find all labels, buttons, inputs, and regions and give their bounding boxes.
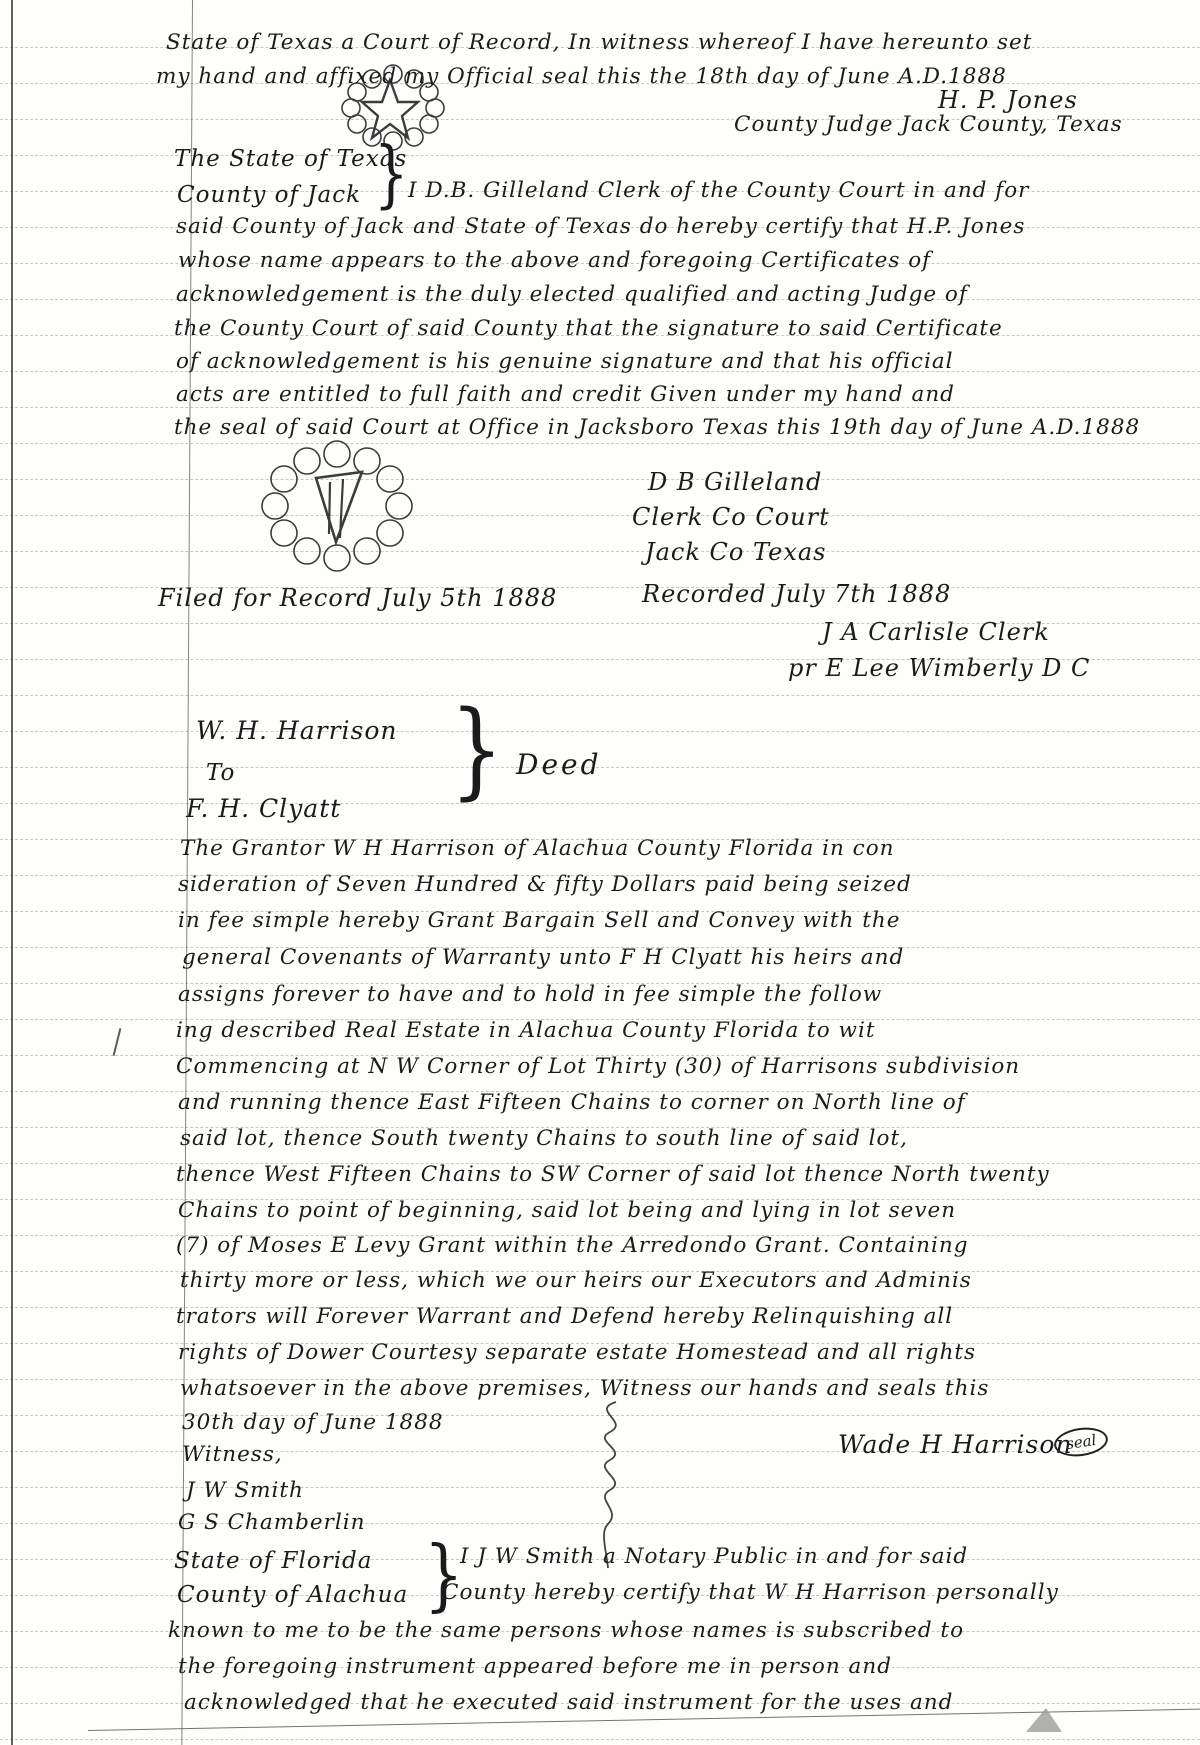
page: State of Texas a Court of Record, In wit… (0, 0, 1200, 1745)
deed-body-line: rights of Dower Courtesy separate estate… (178, 1340, 976, 1366)
clerk-cert-line: the County Court of said County that the… (174, 316, 1003, 342)
ruled-line (0, 731, 1200, 732)
clerk-cert-county-heading: County of Jack (177, 182, 361, 210)
fold-mark (1026, 1708, 1062, 1732)
clerk-cert-line: the seal of said Court at Office in Jack… (174, 415, 1140, 441)
grantor-signature: Wade H Harrison (838, 1430, 1073, 1460)
judge-signature-title: County Judge Jack County, Texas (734, 112, 1123, 138)
florida-cert-line: acknowledged that he executed said instr… (184, 1690, 953, 1716)
witness-signature-1: J W Smith (186, 1478, 304, 1504)
deed-body-line: The Grantor W H Harrison of Alachua Coun… (180, 836, 894, 862)
witness-label: Witness, (182, 1442, 283, 1468)
deed-body-line: Chains to point of beginning, said lot b… (178, 1198, 956, 1224)
deed-body-line: thence West Fifteen Chains to SW Corner … (176, 1162, 1050, 1188)
deputy-clerk-signature: pr E Lee Wimberly D C (788, 654, 1090, 683)
clerk-cert-line: acts are entitled to full faith and cred… (176, 382, 955, 408)
filed-for-record-note: Filed for Record July 5th 1888 (158, 584, 557, 613)
clerk-cert-line: acknowledgement is the duly elected qual… (176, 282, 968, 308)
deed-body-line: thirty more or less, which we our heirs … (180, 1268, 972, 1294)
deed-grantee-name: F. H. Clyatt (186, 794, 341, 824)
deed-body-line: trators will Forever Warrant and Defend … (176, 1304, 953, 1330)
ruled-line (0, 551, 1200, 552)
clerk-cert-brace: } (374, 131, 408, 216)
texas-cert-line-2: my hand and affixed my Official seal thi… (156, 64, 1007, 90)
ruled-line (0, 515, 1200, 516)
ruled-line (0, 803, 1200, 804)
deed-caption-brace: } (450, 688, 503, 811)
deed-body-line: (7) of Moses E Levy Grant within the Arr… (176, 1233, 968, 1259)
deed-body-line: and running thence East Fifteen Chains t… (178, 1090, 966, 1116)
page-edge-line (11, 0, 13, 1745)
stray-pen-mark (113, 1028, 122, 1056)
clerk-cert-line: whose name appears to the above and fore… (178, 248, 931, 274)
deed-body-line: Commencing at N W Corner of Lot Thirty (… (176, 1054, 1020, 1080)
clerk-cert-line: said County of Jack and State of Texas d… (176, 214, 1025, 240)
florida-cert-state-heading: State of Florida (174, 1548, 373, 1576)
deed-grantor-name: W. H. Harrison (196, 716, 398, 746)
deed-document-label: Deed (516, 748, 602, 782)
ruled-line (0, 443, 1200, 444)
texas-cert-line-1: State of Texas a Court of Record, In wit… (166, 30, 1032, 56)
ruled-line (0, 479, 1200, 480)
judge-signature: H. P. Jones (938, 86, 1078, 115)
clerk-cert-state-heading: The State of Texas (174, 146, 407, 174)
deed-body-line: in fee simple hereby Grant Bargain Sell … (178, 908, 900, 934)
court-seal-drawing-scribble (250, 438, 425, 573)
clerk-signature-name: D B Gilleland (648, 468, 822, 497)
deed-body-line: ing described Real Estate in Alachua Cou… (176, 1018, 875, 1044)
recording-clerk-signature: J A Carlisle Clerk (822, 618, 1050, 647)
clerk-cert-line: I D.B. Gilleland Clerk of the County Cou… (408, 178, 1029, 204)
florida-cert-county-heading: County of Alachua (177, 1582, 408, 1610)
deed-body-line: said lot, thence South twenty Chains to … (180, 1126, 908, 1152)
witness-signature-2: G S Chamberlin (178, 1510, 365, 1536)
clerk-signature-title: Clerk Co Court (632, 503, 830, 532)
deed-body-line: 30th day of June 1888 (182, 1410, 444, 1436)
florida-cert-brace: } (424, 1529, 463, 1620)
recorded-note: Recorded July 7th 1888 (642, 580, 951, 609)
deed-to-label: To (206, 760, 235, 788)
florida-cert-line: known to me to be the same persons whose… (168, 1618, 964, 1644)
florida-cert-line: the foregoing instrument appeared before… (178, 1654, 892, 1680)
florida-cert-line: I J W Smith a Notary Public in and for s… (460, 1544, 968, 1570)
deed-body-line: assigns forever to have and to hold in f… (178, 982, 882, 1008)
ruled-line (0, 695, 1200, 696)
deed-body-line: sideration of Seven Hundred & fifty Doll… (178, 872, 912, 898)
deed-body-line: general Covenants of Warranty unto F H C… (182, 945, 904, 971)
florida-cert-line: County hereby certify that W H Harrison … (442, 1580, 1059, 1606)
clerk-cert-line: of acknowledgement is his genuine signat… (176, 349, 954, 375)
clerk-signature-county: Jack Co Texas (645, 538, 827, 567)
ruled-line (0, 1739, 1200, 1740)
